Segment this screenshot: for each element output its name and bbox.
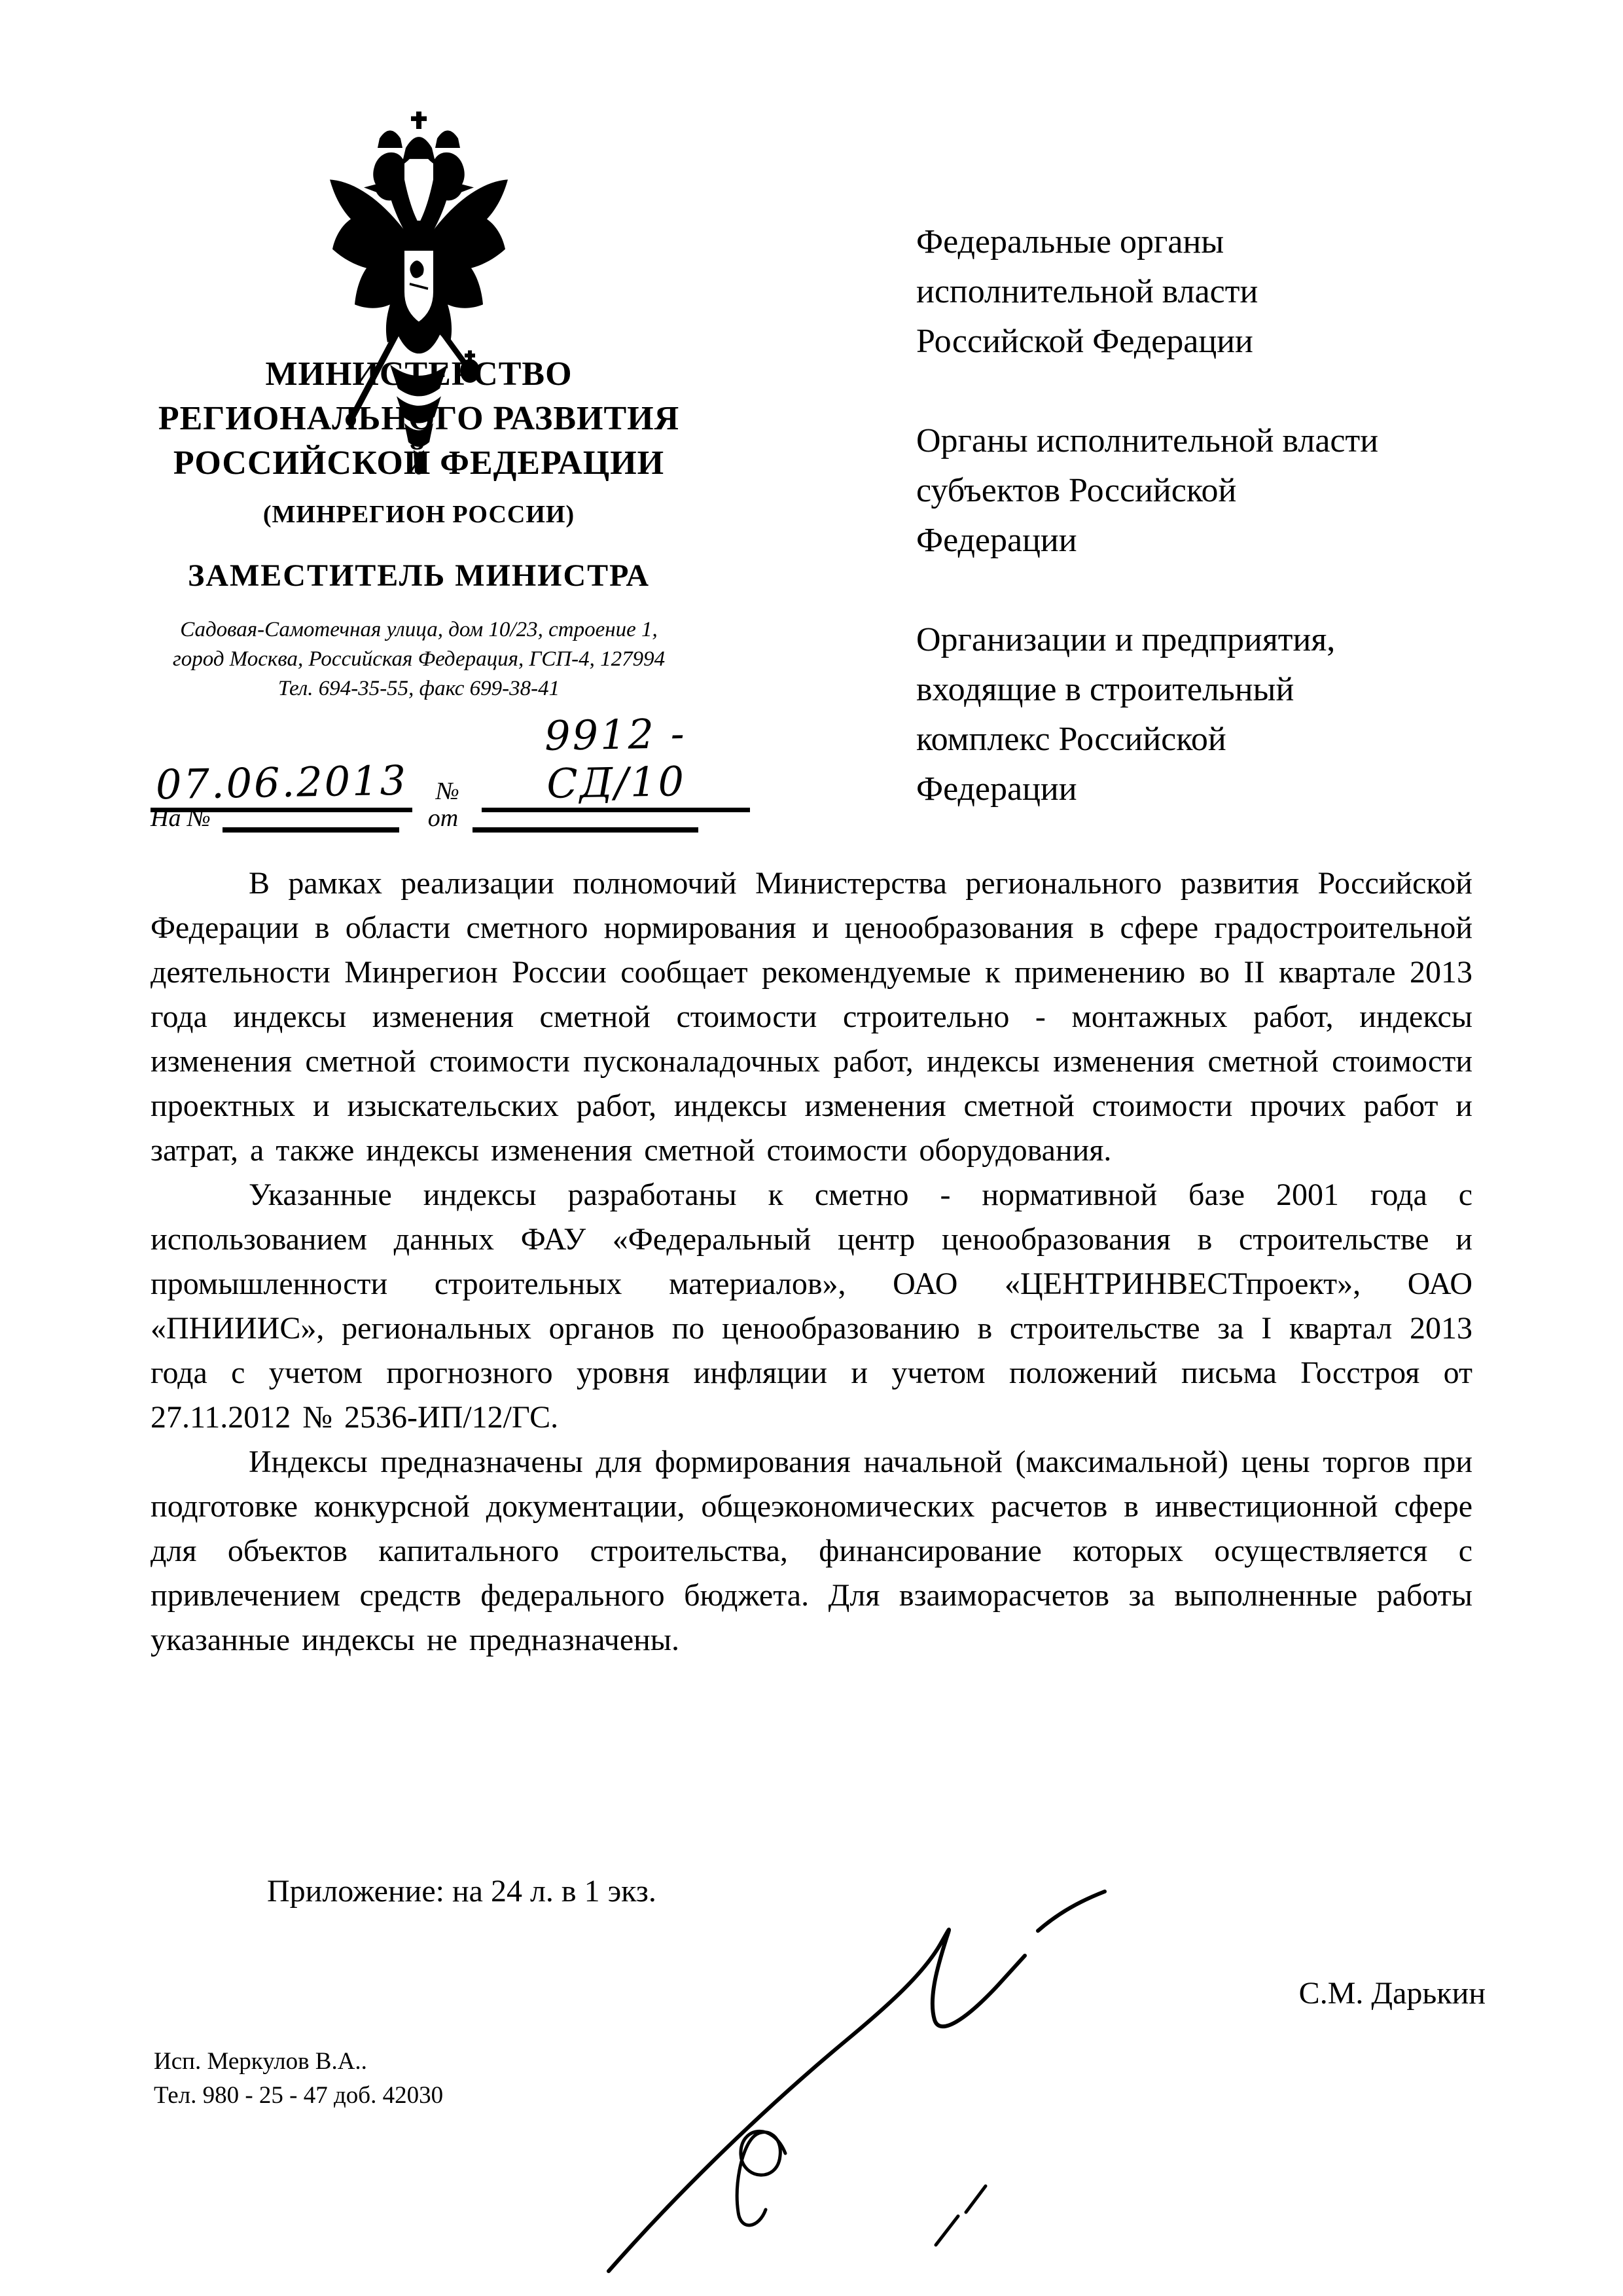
recipients-block: Федеральные органы исполнительной власти… bbox=[916, 217, 1499, 864]
outgoing-number-field: 9912 - СД/10 bbox=[482, 711, 750, 812]
recipient-line: Органы исполнительной власти bbox=[916, 416, 1499, 466]
address-line: Садовая-Самотечная улица, дом 10/23, стр… bbox=[92, 615, 746, 645]
handwritten-number: 9912 - СД/10 bbox=[481, 708, 751, 808]
signer-name: С.М. Дарькин bbox=[982, 1975, 1486, 2011]
reply-label: На № bbox=[151, 804, 211, 833]
address-line: город Москва, Российская Федерация, ГСП-… bbox=[92, 645, 746, 674]
executor-footer: Исп. Меркулов В.А.. Тел. 980 - 25 - 47 д… bbox=[154, 2045, 443, 2113]
executor-phone: Тел. 980 - 25 - 47 доб. 42030 bbox=[154, 2079, 443, 2113]
reply-from-label: от bbox=[428, 804, 458, 833]
letter-body: В рамках реализации полномочий Министерс… bbox=[151, 861, 1472, 1662]
recipient-line: Федерации bbox=[916, 764, 1499, 814]
recipient-line: Федеральные органы bbox=[916, 217, 1499, 267]
ministry-name-line: РОССИЙСКОЙ ФЕДЕРАЦИИ bbox=[92, 441, 746, 486]
scanned-letter-page: { "letterhead": { "coat_of_arms_icon": "… bbox=[0, 0, 1623, 2296]
reply-reference-row: На № от bbox=[151, 800, 805, 833]
ministry-name-line: РЕГИОНАЛЬНОГО РАЗВИТИЯ bbox=[92, 397, 746, 441]
address-line: Тел. 694-35-55, факс 699-38-41 bbox=[92, 674, 746, 704]
body-paragraph: Указанные индексы разработаны к сметно -… bbox=[151, 1173, 1472, 1440]
body-paragraph: В рамках реализации полномочий Министерс… bbox=[151, 861, 1472, 1173]
recipient-1: Федеральные органы исполнительной власти… bbox=[916, 217, 1499, 367]
eagle-shield bbox=[403, 249, 435, 324]
handwritten-signature bbox=[569, 1846, 1165, 2291]
eagle-heads bbox=[364, 152, 474, 200]
recipient-line: исполнительной власти bbox=[916, 267, 1499, 317]
recipient-line: Федерации bbox=[916, 516, 1499, 565]
ministry-name: МИНИСТЕРСТВО РЕГИОНАЛЬНОГО РАЗВИТИЯ РОСС… bbox=[92, 352, 746, 486]
letterhead-address: Садовая-Самотечная улица, дом 10/23, стр… bbox=[92, 615, 746, 704]
recipient-line: Организации и предприятия, bbox=[916, 615, 1499, 665]
recipient-line: комплекс Российской bbox=[916, 715, 1499, 764]
reference-row: 07.06.2013 № 9912 - СД/10 bbox=[151, 711, 805, 812]
ministry-name-line: МИНИСТЕРСТВО bbox=[92, 352, 746, 397]
recipient-line: Российской Федерации bbox=[916, 317, 1499, 367]
recipient-line: входящие в строительный bbox=[916, 665, 1499, 715]
body-paragraph: Индексы предназначены для формирования н… bbox=[151, 1440, 1472, 1662]
executor-name: Исп. Меркулов В.А.. bbox=[154, 2045, 443, 2079]
reply-date-blank bbox=[473, 800, 698, 833]
ministry-short-name: (МИНРЕГИОН РОССИИ) bbox=[92, 500, 746, 529]
recipient-line: субъектов Российской bbox=[916, 466, 1499, 516]
deputy-minister-title: ЗАМЕСТИТЕЛЬ МИНИСТРА bbox=[92, 558, 746, 594]
reply-number-blank bbox=[223, 800, 399, 833]
recipient-2: Органы исполнительной власти субъектов Р… bbox=[916, 416, 1499, 565]
recipient-3: Организации и предприятия, входящие в ст… bbox=[916, 615, 1499, 814]
